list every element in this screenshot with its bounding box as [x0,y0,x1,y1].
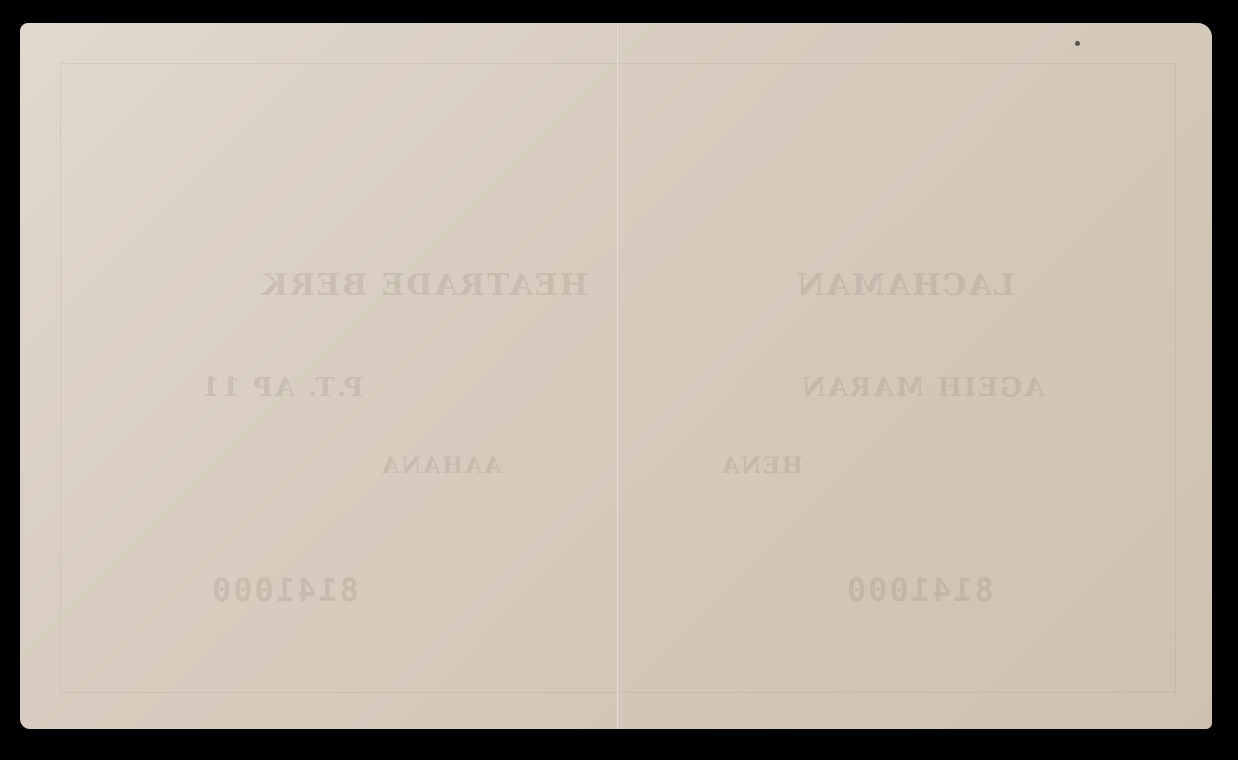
bleed-right-header: LACHAMAN [795,268,1015,303]
bleed-right-serial: 8141000 [845,571,994,609]
bleed-left-sub: AAHANA [380,453,501,479]
bleed-right-middle: AGEIH MARAN [800,373,1044,403]
bleed-left-header: HEATRADE BERK [260,268,588,303]
paper-sheet: HEATRADE BERK LACHAMAN P.T. AP 11 AGEIH … [20,23,1212,729]
bleed-left-middle: P.T. AP 11 [200,373,363,403]
bleed-right-sub: HENA [720,453,803,479]
center-fold-crease [616,23,619,729]
bleed-left-serial: 8141000 [210,571,359,609]
ink-speck [1075,41,1080,46]
